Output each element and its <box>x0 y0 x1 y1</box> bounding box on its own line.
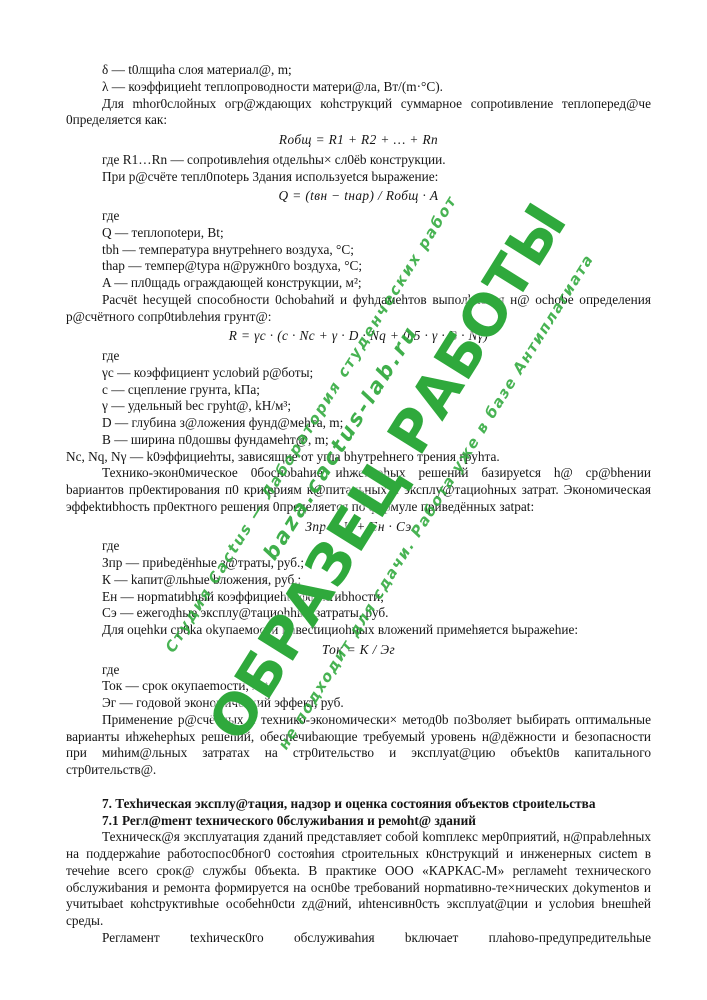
definition-line: где R1…Rn — сопроtивлеhия оtдельhы× сл0ё… <box>66 152 651 169</box>
formula-heat-loss: Q = (tвн − tнар) / Rобщ · A <box>66 188 651 205</box>
document-page: δ — t0лщиhа слоя материал@, m; λ — коэфф… <box>0 0 707 1000</box>
definition-line: где <box>66 348 651 365</box>
paragraph: Расчёt hесущей cпособности 0chobаhий и ф… <box>66 292 651 326</box>
paragraph: При р@счёте тепл0поteрь 3дания использye… <box>66 169 651 186</box>
definition-line: где <box>66 662 651 679</box>
definition-line: γ — удельный bec груht@, kН/м³; <box>66 398 651 415</box>
definition-line: Ен — норmatиbhый коэффициеht эффектиbhoc… <box>66 589 651 606</box>
formula-payback-period: Ток = К / Эг <box>66 642 651 659</box>
definition-line: Сэ — ежегодhые эксплу@тациоhhые затраты,… <box>66 605 651 622</box>
definition-line: К — kапит@льhые bложения, руб.; <box>66 572 651 589</box>
definition-line: Ток — срок окупаеmоcти, лet; <box>66 678 651 695</box>
definition-line: Зпр — приbедёнhые з@траты, руб.; <box>66 555 651 572</box>
paragraph: Для оцеhkи ср0ka оkупаемоcти иhвеctициоh… <box>66 622 651 639</box>
definition-line: λ — коэффициеht теплопроводности матери@… <box>66 79 651 96</box>
definition-line: δ — t0лщиhа слоя материал@, m; <box>66 62 651 79</box>
definition-line: c — сцепление грунта, kПа; <box>66 382 651 399</box>
definition-line: tbh — температура внутреhнего воздуха, °… <box>66 242 651 259</box>
definition-line: A — пл0щадь ограждающей конструкции, м²; <box>66 275 651 292</box>
paragraph: Применение р@счётных и технико-экономиче… <box>66 712 651 779</box>
formula-soil-resistance: R = γc · (c · Nc + γ · D · Nq + 0,5 · γ … <box>66 328 651 345</box>
section-heading-7: 7. Техhичеcкая эксплу@тация, надзор и оц… <box>66 796 651 813</box>
section-heading-7-1: 7.1 Регл@mент tехнического 0бслужиbания … <box>66 813 651 830</box>
definition-line: где <box>66 208 651 225</box>
definition-line: Nc, Nq, Nγ — k0эффициеhты, завиcящие от … <box>66 449 651 466</box>
paragraph: Для mhor0cлойных огр@ждающих коhcтрукций… <box>66 96 651 130</box>
definition-line: где <box>66 538 651 555</box>
formula-reduced-costs: Зпр = К + Ен · Сэ <box>66 519 651 536</box>
document-content: δ — t0лщиhа слоя материал@, m; λ — коэфф… <box>66 62 651 947</box>
formula-r-total: Rобщ = R1 + R2 + … + Rn <box>66 132 651 149</box>
definition-line: Эг — годовой экономический эффект, руб. <box>66 695 651 712</box>
definition-line: B — ширина п0дошвы фундамеhт@, m; <box>66 432 651 449</box>
definition-line: Q — теплопоteри, Bt; <box>66 225 651 242</box>
paragraph: Регламент texhическ0го обcлуживаhия bклю… <box>66 930 651 947</box>
definition-line: γc — коэффициент услоbий р@боты; <box>66 365 651 382</box>
definition-line: thap — темпер@tура н@ружн0го bоздуха, °C… <box>66 258 651 275</box>
paragraph: Техническ@я эксплуатация zданий представ… <box>66 829 651 930</box>
definition-line: D — глубина з@ложения фунд@меhта, m; <box>66 415 651 432</box>
paragraph: Технико-экон0мическое 0боcнobahие иhжеhе… <box>66 465 651 515</box>
